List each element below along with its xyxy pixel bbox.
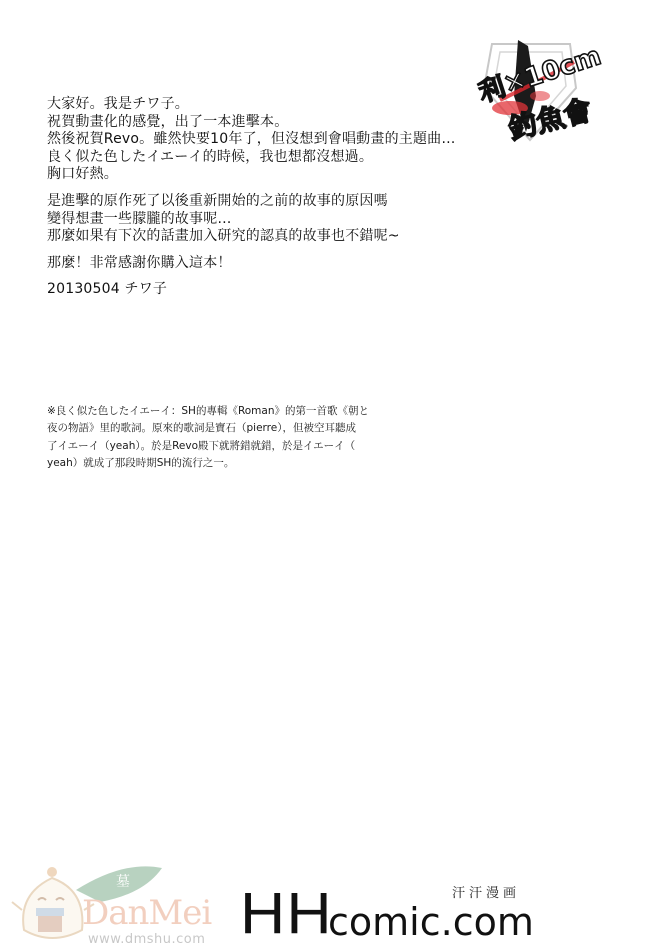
- hhcomic-hh: HH: [240, 880, 333, 947]
- hhcomic-domain: comic.com: [328, 900, 534, 944]
- note-line: 夜の物語》里的歌詞。原來的歌詞是寶石（pierre），但被空耳聽成: [47, 420, 392, 437]
- afterword-line: 然後祝賀Revo。雖然快要10年了，但沒想到會唱動畫的主題曲…: [47, 131, 467, 149]
- afterword-line: 變得想畫一些朦朧的故事呢…: [47, 211, 467, 229]
- note-line: ※良く似た色したイエーイ：SH的專輯《Roman》的第一首歌《朝と: [47, 403, 392, 420]
- signature-date: 20130504 チワ子: [47, 281, 467, 299]
- paragraph-gap: [47, 246, 467, 255]
- afterword-line: 良く似た色したイエーイ的時候，我也想都沒想過。: [47, 149, 467, 167]
- afterword-text: 大家好。我是チワ子。 祝賀動畫化的感覺，出了一本進擊本。 然後祝賀Revo。雖然…: [47, 96, 467, 299]
- afterword-line: 祝賀動畫化的感覺，出了一本進擊本。: [47, 114, 467, 132]
- afterword-line: 那麼！非常感謝你購入這本！: [47, 255, 467, 273]
- danmei-watermark: 墓 DanMei www.dmshu.com: [4, 860, 219, 950]
- afterword-line: 是進擊的原作死了以後重新開始的之前的故事的原因嗎: [47, 193, 467, 211]
- note-line: 了イエーイ（yeah）。於是Revo殿下就將錯就錯，於是イエーイ（: [47, 438, 392, 455]
- danmei-leaf-char: 墓: [116, 871, 130, 891]
- translator-note: ※良く似た色したイエーイ：SH的專輯《Roman》的第一首歌《朝と 夜の物語》里…: [47, 403, 392, 472]
- afterword-line: 胸口好熱。: [47, 166, 467, 184]
- paragraph-gap: [47, 184, 467, 193]
- afterword-line: 大家好。我是チワ子。: [47, 96, 467, 114]
- danmei-wordmark: DanMei: [82, 893, 211, 933]
- note-line: yeah）就成了那段時期SH的流行之一。: [47, 455, 392, 472]
- paragraph-gap: [47, 272, 467, 281]
- afterword-line: 那麼如果有下次的話畫加入研究的認真的故事也不錯呢~: [47, 228, 467, 246]
- hhcomic-chinese-name: 汗汗漫画: [452, 882, 520, 901]
- circle-badge-logo: 利✕10cm 釣魚會: [470, 36, 588, 146]
- danmei-url: www.dmshu.com: [88, 932, 205, 947]
